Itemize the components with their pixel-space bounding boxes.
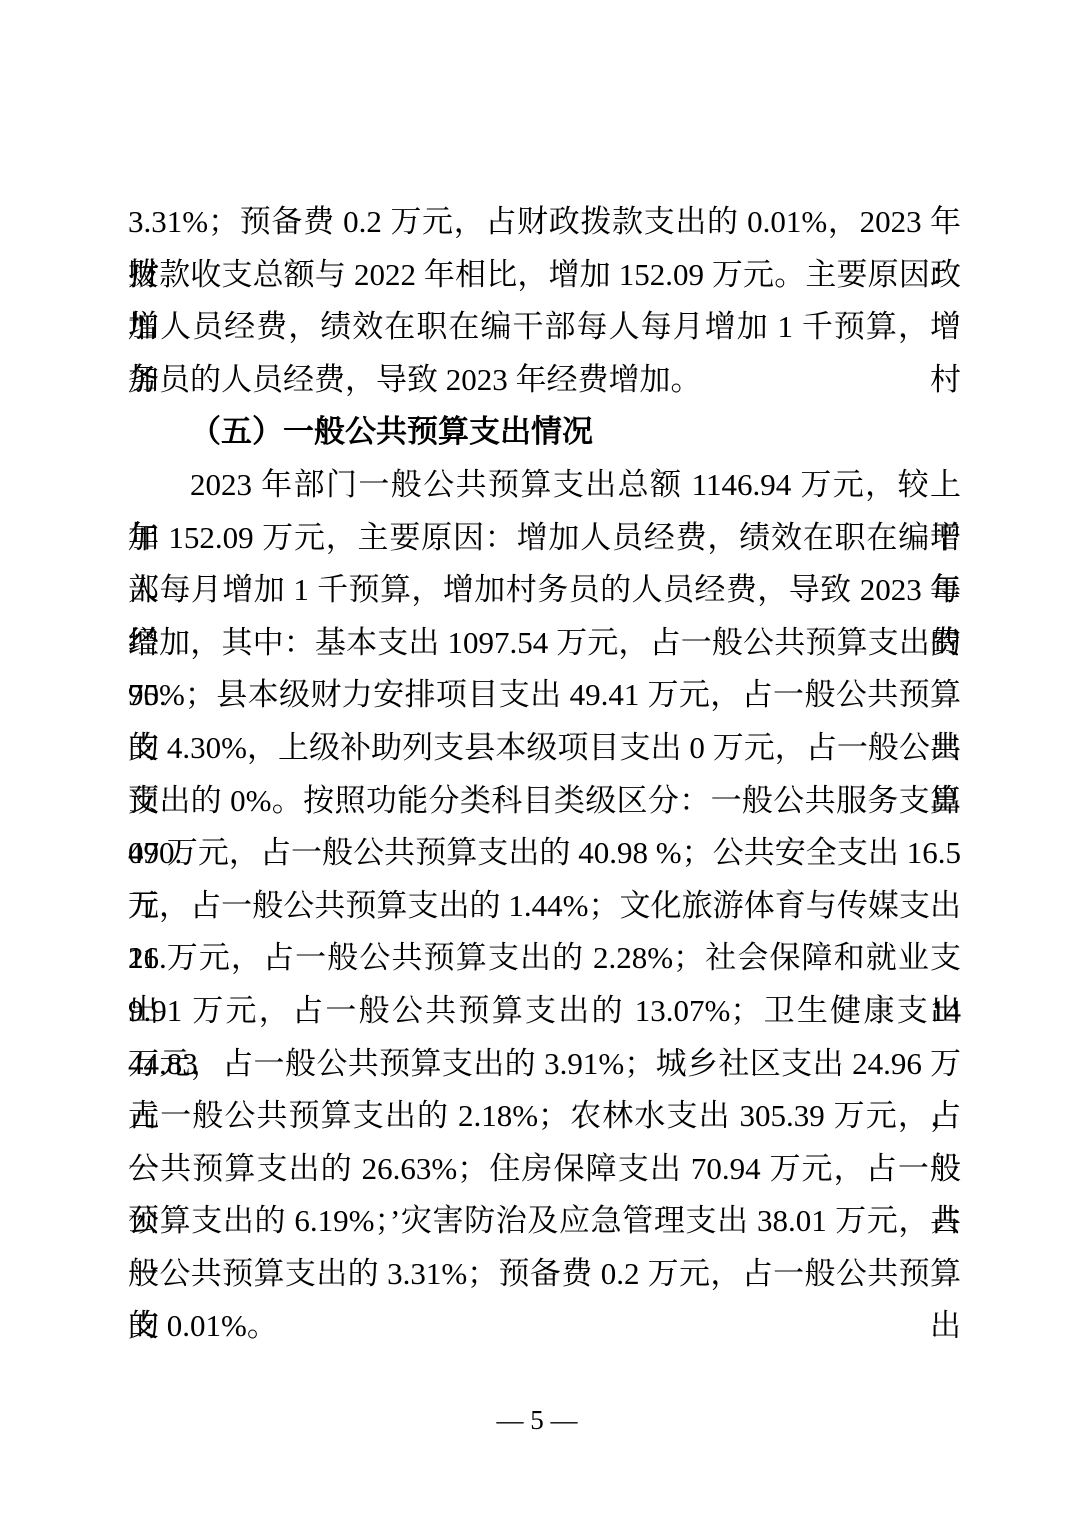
document-page: 3.31%；预备费 0.2 万元，占财政拨款支出的 0.01%，2023 年财政…: [0, 0, 1074, 1520]
paragraph-line: 2023 年部门一般公共预算支出总额 1146.94 万元，较上年增: [128, 459, 961, 512]
paragraph-line: 般公共预算支出的 3.31%；预备费 0.2 万元，占一般公共预算支出: [128, 1248, 961, 1301]
paragraph-line: 拨款收支总额与 2022 年相比，增加 152.09 万元。主要原因：增: [128, 249, 961, 302]
document-body: 3.31%；预备费 0.2 万元，占财政拨款支出的 0.01%，2023 年财政…: [128, 196, 961, 1353]
paragraph-line: 占一般公共预算支出的 2.18%；农林水支出 305.39 万元，占一般: [128, 1090, 961, 1143]
paragraph-line: 11 万元，占一般公共预算支出的 2.28%；社会保障和就业支出 14: [128, 932, 961, 985]
section-heading: （五）一般公共预算支出情况: [128, 406, 961, 459]
paragraph-line: 元，占一般公共预算支出的 1.44%；文化旅游体育与传媒支出 26.: [128, 880, 961, 933]
paragraph-line: 预算支出的 6.19%；’灾害防治及应急管理支出 38.01 万元，占一: [128, 1195, 961, 1248]
paragraph-line: 的 4.30%，上级补助列支县本级项目支出 0 万元，占一般公共预算: [128, 722, 961, 775]
paragraph-line: 增加，其中：基本支出 1097.54 万元，占一般公共预算支出的 95.: [128, 617, 961, 670]
paragraph-line: 加 152.09 万元，主要原因：增加人员经费，绩效在职在编干部每: [128, 512, 961, 565]
paragraph-line: 09 万元，占一般公共预算支出的 40.98 %；公共安全支出 16.5 万: [128, 827, 961, 880]
paragraph-line: 70%；县本级财力安排项目支出 49.41 万元，占一般公共预算支出: [128, 669, 961, 722]
paragraph-line: 公共预算支出的 26.63%；住房保障支出 70.94 万元，占一般公共: [128, 1143, 961, 1196]
paragraph-line: 支出的 0%。按照功能分类科目类级区分：一般公共服务支出 470.: [128, 775, 961, 828]
paragraph-line: 9.91 万元，占一般公共预算支出的 13.07%；卫生健康支出 44.83: [128, 985, 961, 1038]
paragraph-line: 人每月增加 1 千预算，增加村务员的人员经费，导致 2023 年经费: [128, 564, 961, 617]
page-number: — 5 —: [0, 1400, 1074, 1440]
paragraph-line: 3.31%；预备费 0.2 万元，占财政拨款支出的 0.01%，2023 年财政: [128, 196, 961, 249]
paragraph-line: 加人员经费，绩效在职在编干部每人每月增加 1 千预算，增加村: [128, 301, 961, 354]
paragraph-line: 万元，占一般公共预算支出的 3.91%；城乡社区支出 24.96 万元，: [128, 1038, 961, 1091]
